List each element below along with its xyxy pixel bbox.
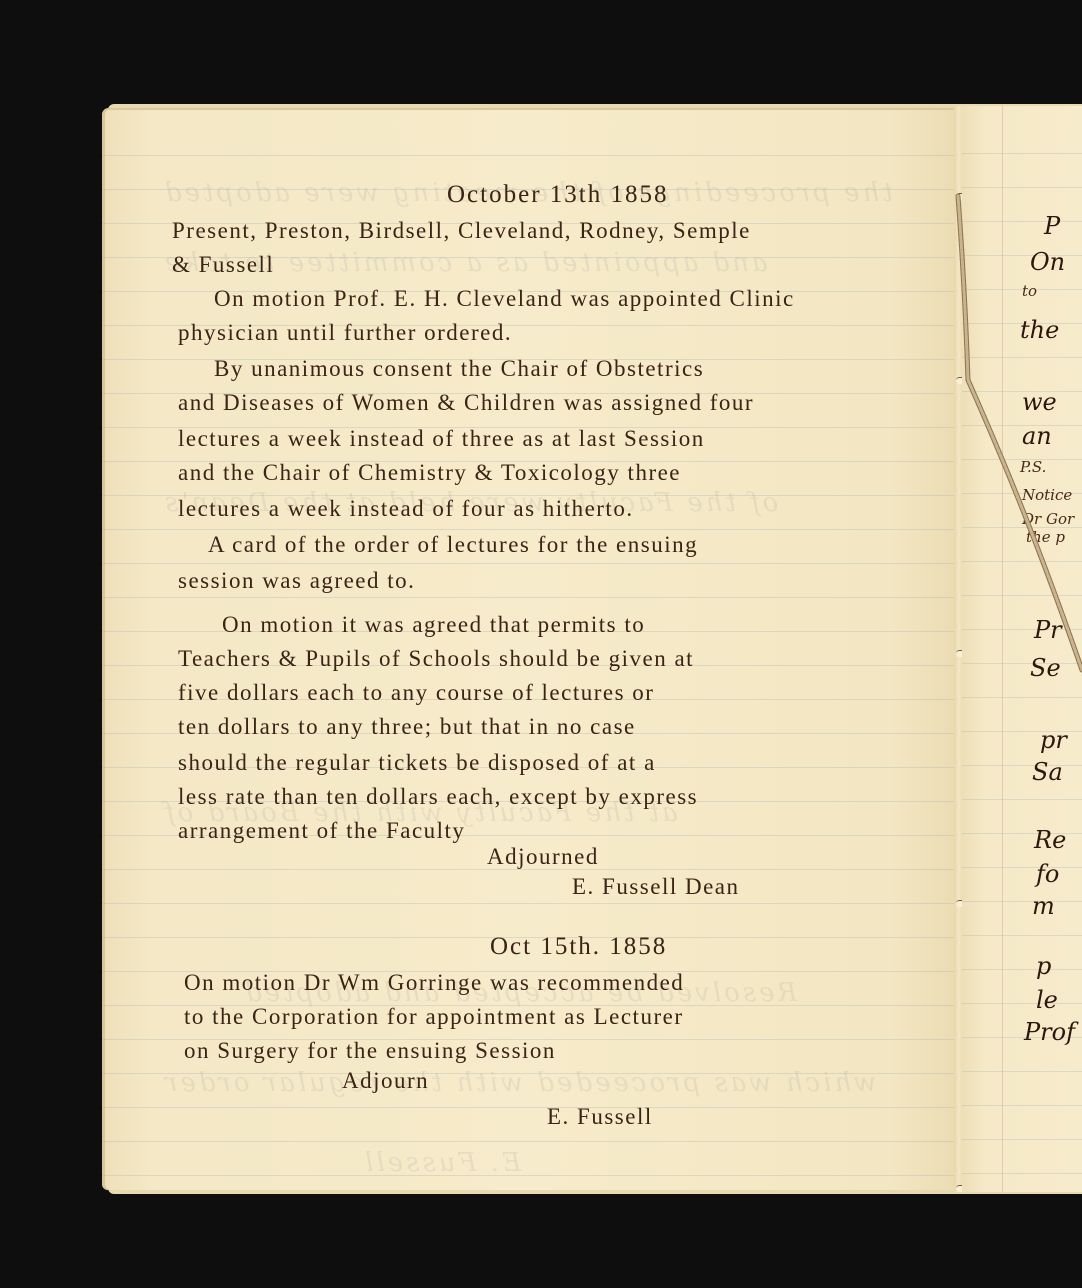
entry-line: session was agreed to. xyxy=(178,564,415,598)
right-page-line: On xyxy=(1030,248,1065,276)
entry-line: and Diseases of Women & Children was ass… xyxy=(178,386,754,420)
right-page-line: p xyxy=(1036,952,1051,980)
entry-line: Teachers & Pupils of Schools should be g… xyxy=(178,642,694,676)
right-page-line: Dr Gor xyxy=(1022,510,1074,528)
right-page-line: an xyxy=(1022,422,1052,450)
right-page-line: le xyxy=(1036,986,1058,1014)
entry-line: should the regular tickets be disposed o… xyxy=(178,746,656,780)
entry-date: Oct 15th. 1858 xyxy=(490,930,667,964)
entry-line: By unanimous consent the Chair of Obstet… xyxy=(214,352,704,386)
entry-closing: Adjourn xyxy=(342,1064,429,1098)
entry-line: On motion Prof. E. H. Cleveland was appo… xyxy=(214,282,795,316)
right-page-line: we xyxy=(1022,388,1057,416)
entry-line: A card of the order of lectures for the … xyxy=(208,528,698,562)
right-page-line: Sa xyxy=(1032,758,1063,786)
right-page-line: pr xyxy=(1040,726,1067,754)
right-page-fragment: P On to the we an P.S. Notice Dr Gor the… xyxy=(962,106,1082,1192)
entry-line: lectures a week instead of four as hithe… xyxy=(178,492,634,526)
right-page-line: to xyxy=(1022,282,1037,300)
right-page-line: P.S. xyxy=(1020,458,1046,476)
right-page-line: P xyxy=(1044,212,1060,240)
entry-date: October 13th 1858 xyxy=(447,178,668,212)
entry-line: to the Corporation for appointment as Le… xyxy=(184,1000,683,1034)
entry-line: lectures a week instead of three as at l… xyxy=(178,422,705,456)
right-page-line: the p xyxy=(1026,528,1065,546)
right-page-line: the xyxy=(1020,316,1059,344)
entry-line: ten dollars to any three; but that in no… xyxy=(178,710,636,744)
bleed-through-text: which was proceeded with the regular ord… xyxy=(162,1068,876,1098)
entry-line: less rate than ten dollars each, except … xyxy=(178,780,698,814)
right-page-line: Notice xyxy=(1022,486,1072,504)
entry-line: On motion it was agreed that permits to xyxy=(222,608,645,642)
entry-line: five dollars each to any course of lectu… xyxy=(178,676,654,710)
entry-line-text: On motion it was agreed that permits to xyxy=(222,612,645,637)
entry-line: physician until further ordered. xyxy=(178,316,512,350)
entry-line: Present, Preston, Birdsell, Cleveland, R… xyxy=(172,214,751,248)
right-page-line: m xyxy=(1032,892,1055,920)
entry-closing: Adjourned xyxy=(487,840,599,874)
entry-line: On motion Dr Wm Gorringe was recommended xyxy=(184,966,684,1000)
entry-signature: E. Fussell Dean xyxy=(572,870,740,904)
right-page-line: fo xyxy=(1036,860,1059,888)
entry-line: and the Chair of Chemistry & Toxicology … xyxy=(178,456,681,490)
left-page: the proceedings of the meeting were adop… xyxy=(102,108,960,1190)
scanned-ledger-spread: the proceedings of the meeting were adop… xyxy=(0,0,1082,1288)
right-page-line: Se xyxy=(1030,654,1061,682)
entry-signature: E. Fussell xyxy=(547,1100,653,1134)
right-page-line: Re xyxy=(1034,826,1066,854)
entry-line: & Fussell xyxy=(172,248,274,282)
margin-line xyxy=(1002,106,1003,1192)
right-page-line: Prof xyxy=(1024,1018,1075,1046)
entry-line: arrangement of the Faculty xyxy=(178,814,465,848)
right-page-line: Pr xyxy=(1034,616,1062,644)
bleed-through-text: E. Fussell xyxy=(362,1148,521,1178)
entry-line: on Surgery for the ensuing Session xyxy=(184,1034,556,1068)
